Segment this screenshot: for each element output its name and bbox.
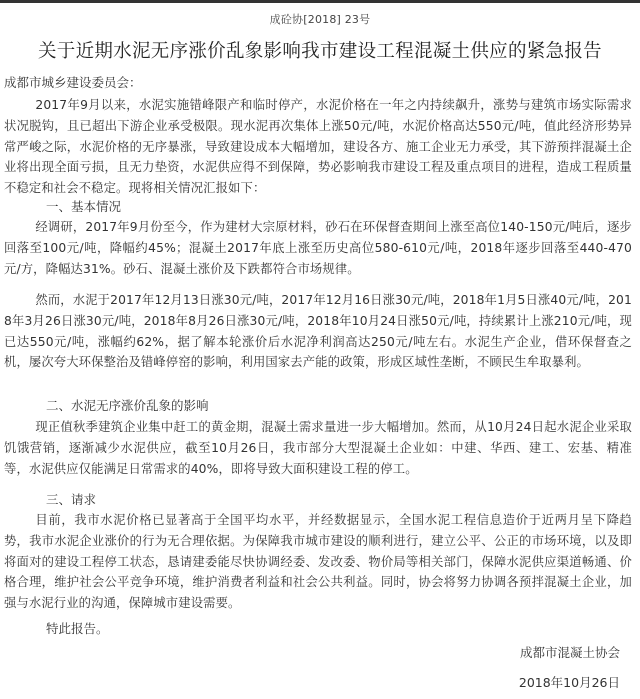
section-1-paragraph-1: 经调研，2017年9月份至今，作为建材大宗原材料，砂石在环保督查期间上涨至高位1… bbox=[4, 217, 632, 279]
section-heading-2: 二、水泥无序涨价乱象的影响 bbox=[46, 396, 209, 414]
signatory: 成都市混凝土协会 bbox=[520, 643, 620, 661]
document-number: 成砼协[2018] 23号 bbox=[0, 11, 640, 27]
section-1-paragraph-2: 然而，水泥于2017年12月13日涨30元/吨，2017年12月16日涨30元/… bbox=[4, 290, 632, 373]
salutation: 成都市城乡建设委员会： bbox=[4, 73, 142, 91]
document-title: 关于近期水泥无序涨价乱象影响我市建设工程混凝土供应的紧急报告 bbox=[0, 37, 640, 63]
section-2-paragraph-1: 现正值秋季建筑企业集中赶工的黄金期，混凝土需求量进一步大幅增加。然而，从10月2… bbox=[4, 417, 632, 479]
section-heading-1: 一、基本情况 bbox=[46, 197, 121, 215]
report-date: 2018年10月26日 bbox=[519, 673, 620, 691]
intro-paragraph: 2017年9月以来，水泥实施错峰限产和临时停产，水泥价格在一年之内持续飙升，涨势… bbox=[4, 95, 632, 199]
section-heading-3: 三、请求 bbox=[46, 490, 96, 508]
top-border bbox=[0, 0, 640, 3]
section-3-paragraph-1: 目前，我市水泥价格已显著高于全国平均水平，并经数据显示，全国水泥工程信息造价于近… bbox=[4, 510, 632, 614]
closing-line: 特此报告。 bbox=[46, 619, 109, 637]
